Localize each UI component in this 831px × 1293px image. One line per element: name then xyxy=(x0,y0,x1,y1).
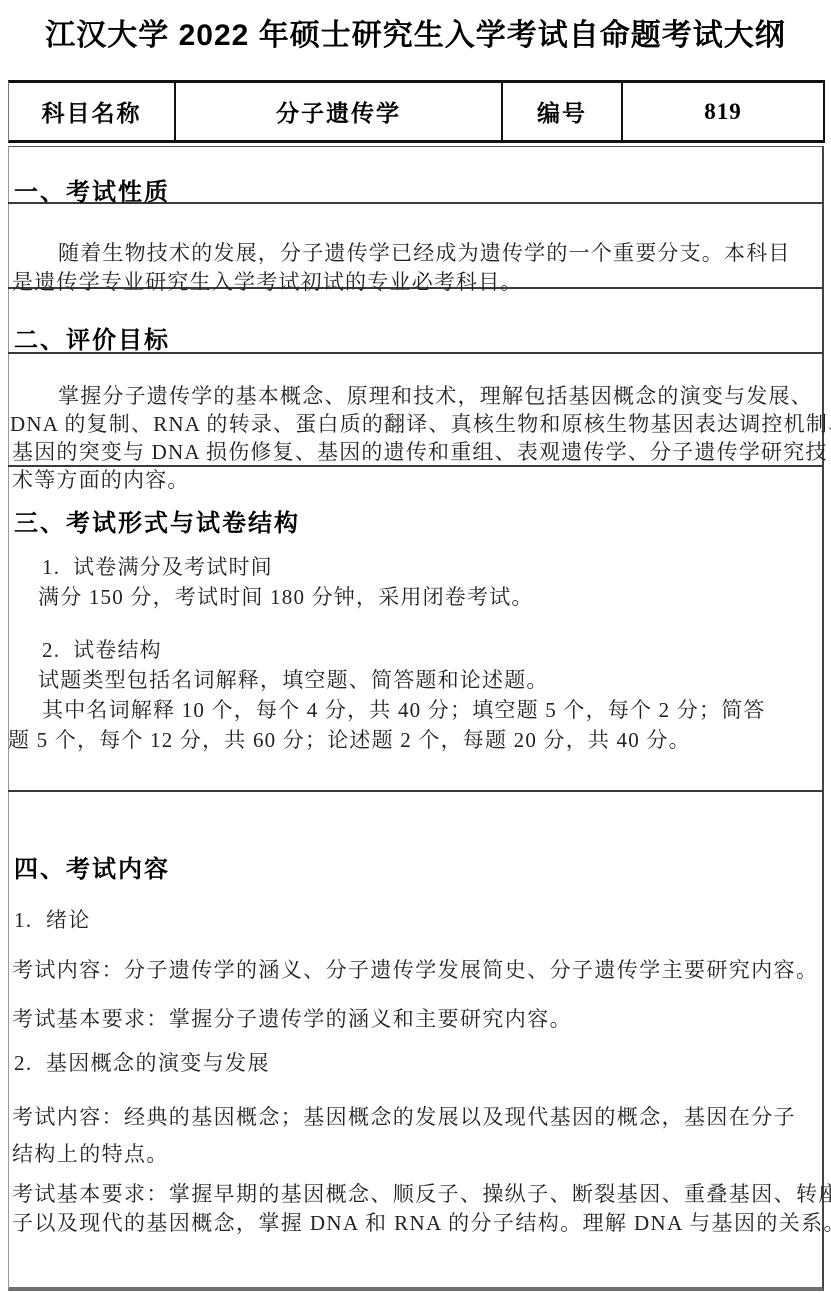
section1-heading: 一、考试性质 xyxy=(14,172,170,207)
section4-item1-content: 考试内容：分子遗传学的涵义、分子遗传学发展简史、分子遗传学主要研究内容。 xyxy=(12,956,818,984)
section4-item2-requirements-line: 考试基本要求：掌握早期的基因概念、顺反子、操纵子、断裂基因、重叠基因、转座 xyxy=(12,1180,831,1208)
section3-item2-body-line: 其中名词解释 10 个，每个 4 分，共 40 分；填空题 5 个，每个 2 分… xyxy=(42,696,766,724)
subject-name-label: 科目名称 xyxy=(9,83,176,140)
section1-text-line: 是遗传学专业研究生入学考试初试的专业必考科目。 xyxy=(12,268,523,296)
document-page: 江汉大学 2022 年硕士研究生入学考试自命题考试大纲 科目名称 分子遗传学 编… xyxy=(0,0,831,1293)
subject-code-value: 819 xyxy=(623,83,823,140)
section1-text-line: 随着生物技术的发展，分子遗传学已经成为遗传学的一个重要分支。本科目 xyxy=(58,239,791,267)
section4-item1-title: 1. 绪论 xyxy=(14,906,91,934)
divider-line xyxy=(8,790,823,792)
section4-item2-content-line: 结构上的特点。 xyxy=(12,1140,169,1168)
section3-heading: 三、考试形式与试卷结构 xyxy=(14,503,300,538)
document-title: 江汉大学 2022 年硕士研究生入学考试自命题考试大纲 xyxy=(0,10,831,54)
section2-text-line: DNA 的复制、RNA 的转录、蛋白质的翻译、真核生物和原核生物基因表达调控机制… xyxy=(10,410,831,438)
section4-item1-requirements: 考试基本要求：掌握分子遗传学的涵义和主要研究内容。 xyxy=(12,1005,572,1033)
section4-item2-content-line: 考试内容：经典的基因概念；基因概念的发展以及现代基因的概念，基因在分子 xyxy=(12,1103,796,1131)
section2-text-line: 术等方面的内容。 xyxy=(12,466,190,494)
section4-heading: 四、考试内容 xyxy=(14,849,170,884)
subject-code-label: 编号 xyxy=(503,83,623,140)
section4-item2-requirements-line: 子以及现代的基因概念，掌握 DNA 和 RNA 的分子结构。理解 DNA 与基因… xyxy=(12,1209,831,1237)
subject-info-table: 科目名称 分子遗传学 编号 819 xyxy=(8,80,825,143)
section4-item2-title: 2. 基因概念的演变与发展 xyxy=(14,1049,270,1077)
section3-item2-title: 2. 试卷结构 xyxy=(42,636,162,664)
section3-item1-body: 满分 150 分，考试时间 180 分钟，采用闭卷考试。 xyxy=(38,583,534,611)
section3-item2-body-line: 题 5 个，每个 12 分，共 60 分；论述题 2 个，每题 20 分，共 4… xyxy=(8,726,691,754)
section3-item1-title: 1. 试卷满分及考试时间 xyxy=(42,553,273,581)
section2-heading: 二、评价目标 xyxy=(14,320,170,355)
section3-item2-body-line: 试题类型包括名词解释，填空题、简答题和论述题。 xyxy=(38,666,549,694)
section2-text-line: 掌握分子遗传学的基本概念、原理和技术，理解包括基因概念的演变与发展、 xyxy=(58,382,813,410)
section2-text-line: 基因的突变与 DNA 损伤修复、基因的遗传和重组、表观遗传学、分子遗传学研究技 xyxy=(12,438,828,466)
subject-name-value: 分子遗传学 xyxy=(176,83,503,140)
